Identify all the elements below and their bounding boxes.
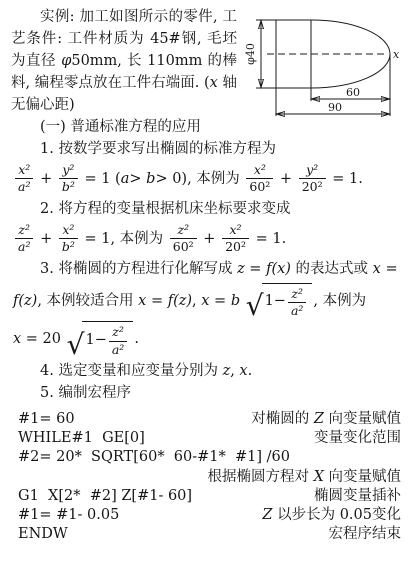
diameter-label: φ40 [244, 43, 257, 65]
program-row: G1 X[2* #2] Z[#1- 60] 椭圆变量插补 [11, 487, 401, 506]
program-row: ENDW 宏程序结束 [11, 525, 401, 544]
program-comment: 根据椭圆方程对 X 向变量赋值 [207, 468, 401, 487]
program-code: G1 X[2* #2] Z[#1- 60] [18, 487, 192, 506]
program-row: #2= 20* SQRT[60* 60-#1* #1] /60 [11, 448, 401, 467]
program-comment: Z 以步长为 0.05变化 [262, 506, 401, 525]
program-code: ENDW [18, 525, 68, 544]
program-code: #2= 20* SQRT[60* 60-#1* #1] /60 [18, 448, 290, 467]
program-row: #1= #1- 0.05 Z 以步长为 0.05变化 [11, 506, 401, 525]
step-1-text: 1. 按数学要求写出椭圆的标准方程为 [11, 138, 401, 160]
program-row: 根据椭圆方程对 X 向变量赋值 [11, 468, 401, 487]
dim90-label: 90 [328, 101, 342, 114]
solved-x-equation: x = 20 √1− z²a². [13, 321, 401, 357]
program-row: WHILE#1 GE[0] 变量变化范围 [11, 429, 401, 448]
machine-coordinate-equation: z²a² + x²b² = 1, 本例为 z²60² + x²20² = 1. [13, 223, 401, 255]
step-4-text: 4. 选定变量和应变量分别为 z, x. [11, 360, 401, 382]
part-drawing-figure: φ40 60 90 x [241, 8, 401, 120]
macro-program-listing: #1= 60 对椭圆的 Z 向变量赋值 WHILE#1 GE[0] 变量变化范围… [11, 410, 401, 544]
step-3-continued: f(z), 本例较适合用 x = f(z), x = b √1− z²a², 本… [13, 283, 401, 319]
part-drawing: φ40 60 90 x [241, 8, 401, 120]
program-row: #1= 60 对椭圆的 Z 向变量赋值 [11, 410, 401, 429]
standard-ellipse-equation: x²a² + y²b² = 1 (a> b> 0), 本例为 x²60² + y… [13, 163, 401, 195]
program-comment: 变量变化范围 [314, 429, 401, 448]
program-comment: 宏程序结束 [329, 525, 402, 544]
x-axis-label: x [393, 48, 400, 61]
program-code: #1= #1- 0.05 [18, 506, 119, 525]
step-3-text: 3. 将椭圆的方程进行化解写成 z = f(x) 的表达式或 x = [11, 258, 401, 280]
program-code: #1= 60 [18, 410, 75, 429]
program-comment: 对椭圆的 Z 向变量赋值 [251, 410, 401, 429]
dim60-label: 60 [346, 86, 360, 99]
program-comment: 椭圆变量插补 [314, 487, 401, 506]
document-page: φ40 60 90 x 实例: 加工如图所示的零件, 工艺条件: 工件材质为 4… [0, 0, 409, 544]
program-code: WHILE#1 GE[0] [18, 429, 145, 448]
step-2-text: 2. 将方程的变量根据机床坐标要求变成 [11, 198, 401, 220]
step-5-text: 5. 编制宏程序 [11, 382, 401, 404]
